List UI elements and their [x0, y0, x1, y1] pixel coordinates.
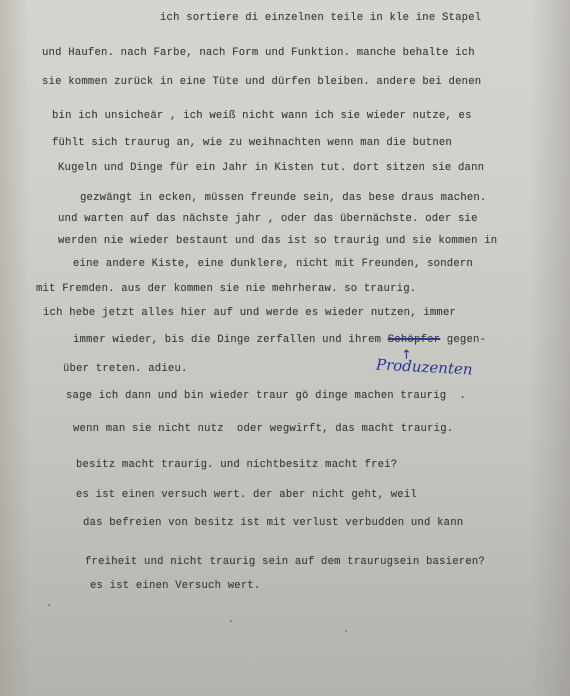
text-line-1: ich sortiere di einzelnen teile in kle i…	[160, 12, 481, 24]
paper-speck	[345, 630, 347, 632]
text-line-14: über treten. adieu.	[63, 363, 188, 375]
typewritten-page: ich sortiere di einzelnen teile in kle i…	[0, 0, 570, 696]
text-line-12: ich hebe jetzt alles hier auf und werde …	[43, 307, 456, 319]
text-line-4: bin ich unsicheär , ich weiß nicht wann …	[52, 110, 472, 122]
text-line-10: eine andere Kiste, eine dunklere, nicht …	[73, 258, 473, 270]
text-line-13: immer wieder, bis die Dinge zerfallen un…	[73, 334, 486, 346]
text-line-5: fühlt sich traurug an, wie zu weihnachte…	[52, 137, 452, 149]
paper-speck	[230, 620, 232, 622]
text-line-18: es ist einen versuch wert. der aber nich…	[76, 489, 417, 501]
text-line-2: und Haufen. nach Farbe, nach Form und Fu…	[42, 47, 475, 59]
text-line-7: gezwängt in ecken, müssen freunde sein, …	[80, 192, 487, 204]
handwritten-correction: Produzenten	[376, 355, 473, 378]
text-line-13-start: immer wieder, bis die Dinge zerfallen un…	[73, 334, 388, 346]
text-line-11: mit Fremden. aus der kommen sie nie mehr…	[36, 283, 416, 295]
text-line-19: das befreien von besitz ist mit verlust …	[83, 517, 463, 529]
text-line-13-end: gegen-	[440, 334, 486, 346]
text-line-15: sage ich dann und bin wieder traur gö di…	[66, 390, 466, 402]
text-line-6: Kugeln und Dinge für ein Jahr in Kisten …	[58, 162, 484, 174]
paper-speck	[48, 604, 50, 606]
text-line-21: es ist einen Versuch wert.	[90, 580, 261, 592]
text-line-16: wenn man sie nicht nutz oder wegwirft, d…	[73, 423, 453, 435]
text-line-17: besitz macht traurig. und nichtbesitz ma…	[76, 459, 397, 471]
text-line-20: freiheit und nicht traurig sein auf dem …	[85, 556, 485, 568]
struck-word: Schöpfer	[388, 334, 440, 346]
text-line-8: und warten auf das nächste jahr , oder d…	[58, 213, 478, 225]
text-line-3: sie kommen zurück in eine Tüte und dürfe…	[42, 76, 481, 88]
text-line-9: werden nie wieder bestaunt und das ist s…	[58, 235, 497, 247]
